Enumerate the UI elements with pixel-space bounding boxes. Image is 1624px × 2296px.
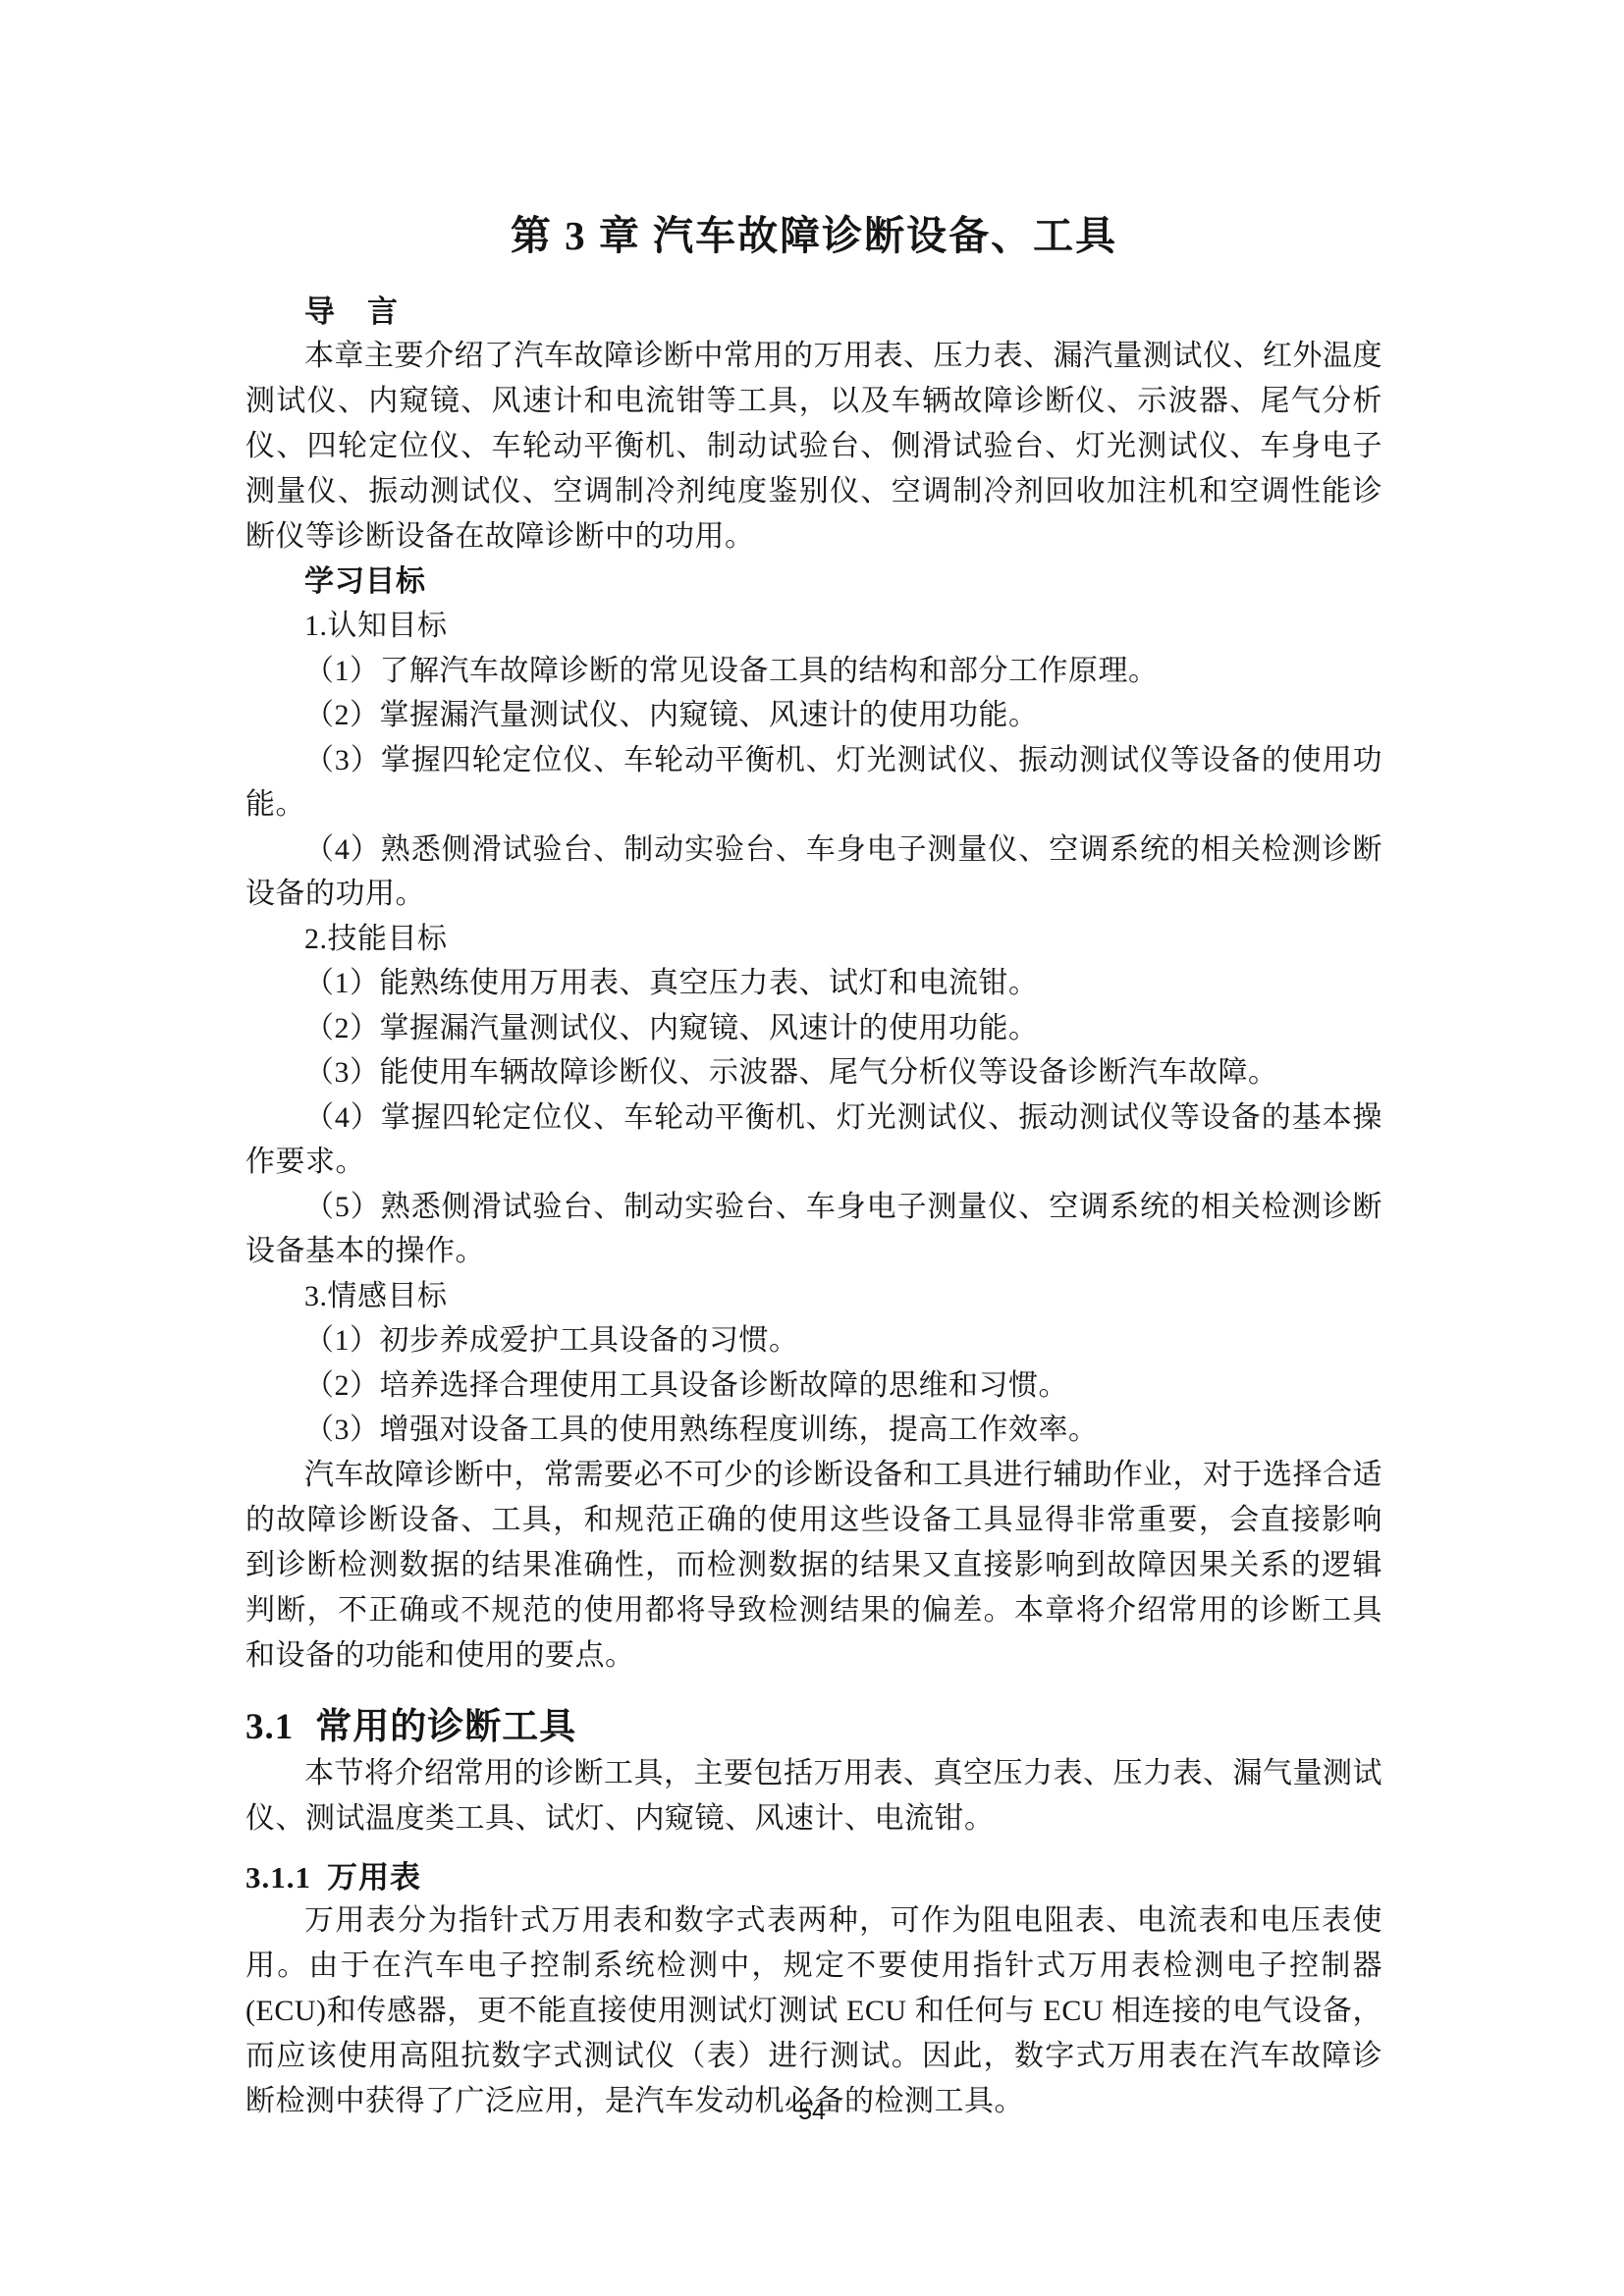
objective-item: （2）掌握漏汽量测试仪、内窥镜、风速计的使用功能。 <box>245 693 1382 738</box>
section-number: 3.1 <box>245 1707 294 1747</box>
objective-item: （1）了解汽车故障诊断的常见设备工具的结构和部分工作原理。 <box>245 649 1382 694</box>
objective-item: （5）熟悉侧滑试验台、制动实验台、车身电子测量仪、空调系统的相关检测诊断设备基本… <box>245 1185 1382 1274</box>
objective-item: （2）掌握漏汽量测试仪、内窥镜、风速计的使用功能。 <box>245 1006 1382 1051</box>
objective-item: （3）能使用车辆故障诊断仪、示波器、尾气分析仪等设备诊断汽车故障。 <box>245 1050 1382 1095</box>
subsection-number: 3.1.1 <box>245 1860 311 1895</box>
document-page: 第 3 章 汽车故障诊断设备、工具 导 言 本章主要介绍了汽车故障诊断中常用的万… <box>0 0 1624 2296</box>
learning-objectives-heading: 学习目标 <box>245 560 1382 604</box>
subsection-title: 万用表 <box>327 1860 421 1895</box>
section-paragraph: 本节将介绍常用的诊断工具，主要包括万用表、真空压力表、压力表、漏气量测试仪、测试… <box>245 1751 1382 1842</box>
subsection-heading: 3.1.1万用表 <box>245 1857 1382 1898</box>
objective-group-title-skill: 2.技能目标 <box>245 917 1382 962</box>
objective-item: （2）培养选择合理使用工具设备诊断故障的思维和习惯。 <box>245 1363 1382 1409</box>
chapter-title: 第 3 章 汽车故障诊断设备、工具 <box>245 210 1382 261</box>
lead-in-label: 导 言 <box>245 291 1382 334</box>
objective-item: （1）初步养成爱护工具设备的习惯。 <box>245 1318 1382 1363</box>
body-paragraph: 汽车故障诊断中，常需要必不可少的诊断设备和工具进行辅助作业，对于选择合适的故障诊… <box>245 1453 1382 1679</box>
page-number: 54 <box>0 2097 1624 2126</box>
objective-group-title-affective: 3.情感目标 <box>245 1274 1382 1319</box>
objective-item: （4）掌握四轮定位仪、车轮动平衡机、灯光测试仪、振动测试仪等设备的基本操作要求。 <box>245 1095 1382 1185</box>
objective-item: （3）增强对设备工具的使用熟练程度训练，提高工作效率。 <box>245 1408 1382 1453</box>
subsection-paragraph: 万用表分为指针式万用表和数字式表两种，可作为阻电阻表、电流表和电压表使用。由于在… <box>245 1898 1382 2124</box>
section-title: 常用的诊断工具 <box>315 1707 576 1747</box>
objective-item: （3）掌握四轮定位仪、车轮动平衡机、灯光测试仪、振动测试仪等设备的使用功能。 <box>245 738 1382 828</box>
objective-item: （1）能熟练使用万用表、真空压力表、试灯和电流钳。 <box>245 961 1382 1006</box>
section-heading: 3.1常用的诊断工具 <box>245 1704 1382 1751</box>
lead-in-paragraph: 本章主要介绍了汽车故障诊断中常用的万用表、压力表、漏汽量测试仪、红外温度测试仪、… <box>245 334 1382 560</box>
objective-item: （4）熟悉侧滑试验台、制动实验台、车身电子测量仪、空调系统的相关检测诊断设备的功… <box>245 828 1382 917</box>
objective-group-title-cognitive: 1.认知目标 <box>245 604 1382 649</box>
